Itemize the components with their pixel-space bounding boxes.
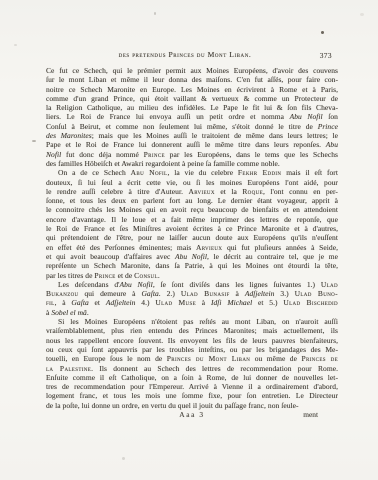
small-caps-text: Arvieux xyxy=(188,187,214,196)
text-line: en effet été des Perſonnes éminentes; ma… xyxy=(46,243,338,252)
small-caps-text: Princes de xyxy=(301,354,338,363)
text-line: fil, à Gaſta et Adſjeltein 4.) Ulad Muse… xyxy=(46,298,338,307)
italic-text: des Maronites xyxy=(46,131,92,140)
italic-text: Prince xyxy=(318,122,338,131)
text-line: ſur le mont Liban et même il leur donna … xyxy=(46,75,338,84)
text-line: encore d'avantage. Il le loue et a fait … xyxy=(46,215,338,224)
page-footer: Aaa 3 ment xyxy=(0,410,378,421)
italic-text: Gaſta xyxy=(71,298,88,307)
small-caps-text: Ulad Muse xyxy=(155,298,196,307)
paragraph-2: On a de ce Schech Abu Nofil, la vie du c… xyxy=(46,168,338,280)
text-block: Ce fut ce Schech, qui le prémier permit … xyxy=(46,66,338,410)
text-line: douteux, ſi lui ſeul a écrit cette vie, … xyxy=(46,178,338,187)
text-line: Enſuite comme il eſt Catholique, on a ſo… xyxy=(46,373,338,382)
scan-speck xyxy=(154,12,156,15)
text-line: des Maronites; mais que les Moines auſſi… xyxy=(46,131,338,140)
paragraph-1: Ce fut ce Schech, qui le prémier permit … xyxy=(46,66,338,168)
text-line: et qui avoit beaucoup d'affaires avec Ab… xyxy=(46,252,338,261)
text-line: à Sobel el mâ. xyxy=(46,308,338,317)
scan-speck xyxy=(321,31,324,34)
small-caps-text: Ulad xyxy=(321,280,338,289)
running-head: des pretendus Princes du Mont Liban. xyxy=(40,50,330,59)
text-line: vraiſemblablement, plus rien entendu des… xyxy=(46,326,338,335)
italic-text: Abu Nofil xyxy=(175,252,207,261)
text-line: repréſente un Schech Maronite, dans ſa P… xyxy=(46,261,338,270)
text-line: par les titres de Prince et de Consul. xyxy=(46,271,338,280)
text-line: nous les rappellent encore ſouvent. Ils … xyxy=(46,336,338,345)
paragraph-4: Si les Moines Européens n'étoient pas re… xyxy=(46,317,338,410)
text-line: noitre ce Schech Maronite en Europe. Les… xyxy=(46,85,338,94)
scan-speck xyxy=(32,140,36,142)
italic-text: Abu Nofil xyxy=(120,280,153,289)
paragraph-3: Les deſcendans d'Abu Nofil, ſe ſont divi… xyxy=(46,280,338,317)
text-line: logement franc, et tous les mois une ſom… xyxy=(46,391,338,400)
scan-speck xyxy=(122,457,125,460)
italic-text: Gaſta xyxy=(141,289,158,298)
text-line: Ce fut ce Schech, qui le prémier permit … xyxy=(46,66,338,75)
text-line: la Religion Catholique, au milieu des in… xyxy=(46,103,338,112)
scan-speck xyxy=(360,13,364,16)
text-line: le rendre auſſi celebre à titre d'Auteur… xyxy=(46,187,338,196)
small-caps-text: Fekhr Eddin xyxy=(238,168,281,177)
small-caps-text: Abu Nofil xyxy=(131,168,168,177)
text-line: Nofil fut donc déja nommé Prince par les… xyxy=(46,150,338,159)
text-line: Conſul à Beirut, et comme non ſeulement … xyxy=(46,122,338,131)
italic-text: Nofil xyxy=(46,150,61,159)
small-caps-text: Ulad Bischedid xyxy=(283,298,338,307)
text-line: le Roi de France et ſes Miniſtres avoien… xyxy=(46,224,338,233)
text-line: Pape et le Roi de France lui donnerent a… xyxy=(46,140,338,149)
italic-text: Adſjeltein xyxy=(245,289,275,298)
italic-text: Idſi Michael xyxy=(211,298,252,307)
signature-mark: Aaa 3 xyxy=(46,410,338,419)
text-line: tres de recommendation pour l'Empereur. … xyxy=(46,382,338,391)
scan-speck xyxy=(14,44,17,46)
text-line: Les deſcendans d'Abu Nofil, ſe ſont divi… xyxy=(46,280,338,289)
italic-text: Abu xyxy=(326,140,338,149)
text-line: des familles Höbeiſch et Awakri regardoi… xyxy=(46,159,338,168)
italic-text: Abu Nofil xyxy=(290,112,323,121)
text-line: Si les Moines Européens n'étoient pas re… xyxy=(46,317,338,326)
text-line: On a de ce Schech Abu Nofil, la vie du c… xyxy=(46,168,338,177)
small-caps-text: Ulad Bunasif xyxy=(181,289,230,298)
text-line: ou ceux qui ſont appauvris par les troub… xyxy=(46,345,338,354)
italic-text: Adſjeltein xyxy=(106,298,136,307)
text-line: touelli, en Europe ſous le nom de Prince… xyxy=(46,354,338,363)
small-caps-text: Arvieux xyxy=(196,243,222,252)
small-caps-text: Princes du Mont Liban xyxy=(167,354,251,363)
small-caps-text: Ulad Buno- xyxy=(295,289,338,298)
text-line: la Palestine. Ils donnent au Schech des … xyxy=(46,364,338,373)
small-caps-text: la Palestine xyxy=(46,364,91,373)
page-header: des pretendus Princes du Mont Liban. 373 xyxy=(0,50,378,62)
text-line: Bukanzou qui demeure à Gaſta. 2.) Ulad B… xyxy=(46,289,338,298)
text-line: comme d'un grand Prince, qui étoit vaill… xyxy=(46,94,338,103)
small-caps-text: Prince xyxy=(144,150,165,159)
small-caps-text: Consul xyxy=(134,271,158,280)
text-line: le connoitre chés les Moines qui en avoi… xyxy=(46,205,338,214)
text-line: liers. Le Roi de France lui envoya auſſi… xyxy=(46,112,338,121)
small-caps-text: Roque xyxy=(242,187,263,196)
small-caps-text: Bukanzou xyxy=(46,289,79,298)
text-line: ſonne, et tous les deux en parlent fort … xyxy=(46,196,338,205)
text-line: qui prétendoient de l'être, pour ne laiſ… xyxy=(46,233,338,242)
italic-text: Sobel el mâ xyxy=(51,308,87,317)
catchword: ment xyxy=(303,410,318,419)
book-page-scan: des pretendus Princes du Mont Liban. 373… xyxy=(0,0,378,480)
page-number: 373 xyxy=(320,51,332,60)
small-caps-text: Prince xyxy=(94,271,115,280)
small-caps-text: fil xyxy=(46,298,55,307)
